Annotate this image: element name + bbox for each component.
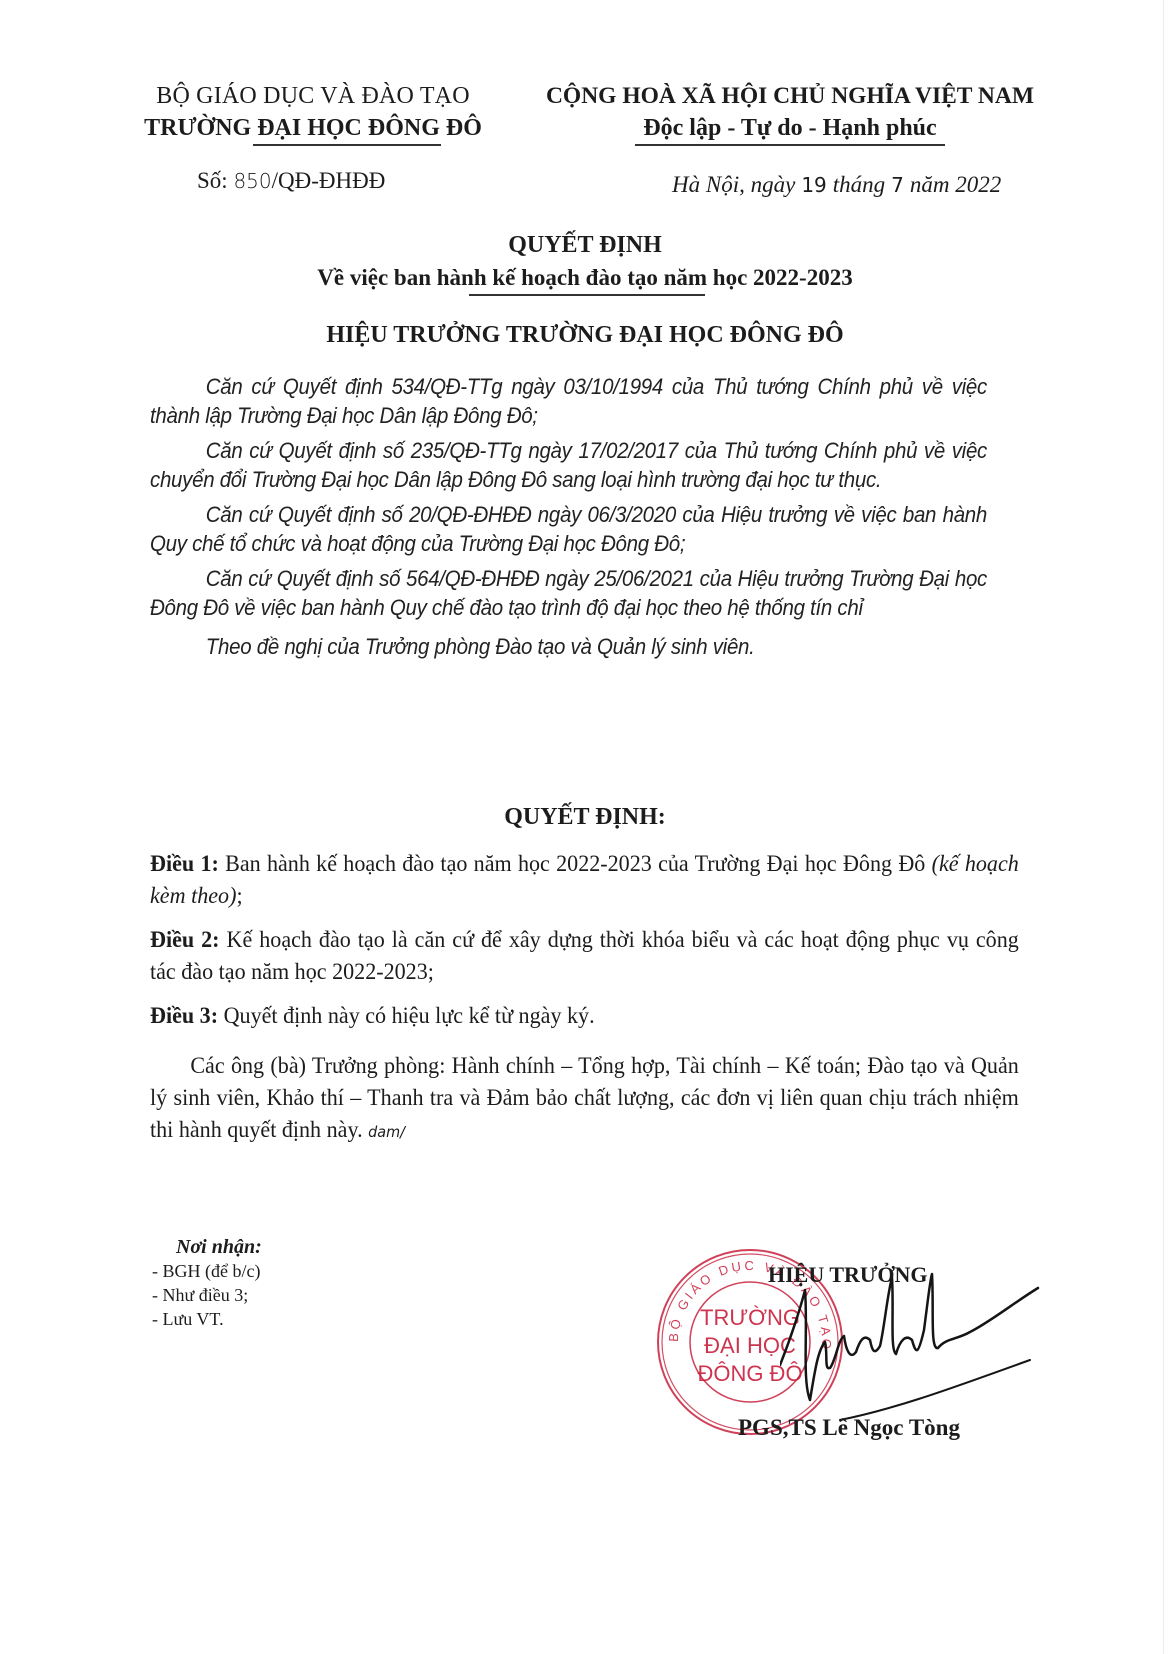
- date-year: năm 2022: [910, 172, 1001, 197]
- article-1: Điều 1: Ban hành kế hoạch đào tạo năm họ…: [150, 848, 1019, 912]
- recipient-item: - BGH (để b/c): [152, 1259, 262, 1283]
- article-3-label: Điều 3:: [150, 1003, 218, 1028]
- doc-number-prefix: Số:: [197, 168, 233, 193]
- article-2: Điều 2: Kế hoạch đào tạo là căn cứ để xâ…: [150, 924, 1019, 988]
- header-underline: [253, 144, 441, 146]
- article-1-text: Ban hành kế hoạch đào tạo năm học 2022-2…: [219, 851, 932, 876]
- article-1-tail: ;: [236, 883, 242, 908]
- document-subject: Về việc ban hành kế hoạch đào tạo năm họ…: [0, 262, 1170, 294]
- handwritten-initials: dam/: [368, 1123, 405, 1141]
- subject-underline: [469, 294, 705, 296]
- proposal-basis: Theo đề nghị của Trưởng phòng Đào tạo và…: [150, 632, 987, 661]
- date-day: 19: [801, 173, 826, 197]
- doc-number-handwritten: 850: [233, 169, 271, 193]
- legal-basis-2: Căn cứ Quyết định số 235/QĐ-TTg ngày 17/…: [150, 436, 987, 494]
- issuer-header: BỘ GIÁO DỤC VÀ ĐÀO TẠO TRƯỜNG ĐẠI HỌC ĐÔ…: [118, 80, 508, 146]
- responsibility-text: Các ông (bà) Trưởng phòng: Hành chính – …: [150, 1053, 1019, 1142]
- article-3: Điều 3: Quyết định này có hiệu lực kể từ…: [150, 1000, 1019, 1032]
- legal-basis-4: Căn cứ Quyết định số 564/QĐ-ĐHĐĐ ngày 25…: [150, 564, 987, 622]
- issue-date: Hà Nội, ngày19tháng7năm 2022: [672, 172, 1001, 198]
- decision-heading: QUYẾT ĐỊNH:: [0, 804, 1170, 831]
- document-number: Số: 850/QĐ-ĐHĐĐ: [197, 168, 385, 194]
- title-block: QUYẾT ĐỊNH Về việc ban hành kế hoạch đào…: [0, 228, 1170, 296]
- article-2-label: Điều 2:: [150, 927, 220, 952]
- article-1-label: Điều 1:: [150, 851, 219, 876]
- document-title: QUYẾT ĐỊNH: [0, 228, 1170, 262]
- school-name: TRƯỜNG ĐẠI HỌC ĐÔNG ĐÔ: [118, 112, 508, 144]
- signer-name: PGS,TS Lê Ngọc Tòng: [738, 1415, 960, 1441]
- date-month-label: tháng: [833, 172, 885, 197]
- article-3-text: Quyết định này có hiệu lực kể từ ngày ký…: [218, 1003, 595, 1028]
- responsibility-clause: Các ông (bà) Trưởng phòng: Hành chính – …: [150, 1050, 1019, 1148]
- document-page: BỘ GIÁO DỤC VÀ ĐÀO TẠO TRƯỜNG ĐẠI HỌC ĐÔ…: [0, 0, 1170, 1654]
- national-header: CỘNG HOÀ XÃ HỘI CHỦ NGHĨA VIỆT NAM Độc l…: [530, 80, 1050, 146]
- date-prefix: Hà Nội, ngày: [672, 172, 795, 197]
- ministry-name: BỘ GIÁO DỤC VÀ ĐÀO TẠO: [118, 80, 508, 112]
- republic-name: CỘNG HOÀ XÃ HỘI CHỦ NGHĨA VIỆT NAM: [530, 80, 1050, 112]
- national-motto: Độc lập - Tự do - Hạnh phúc: [643, 112, 936, 144]
- recipient-item: - Như điều 3;: [152, 1283, 262, 1307]
- legal-basis-list: Căn cứ Quyết định 534/QĐ-TTg ngày 03/10/…: [150, 372, 987, 661]
- article-2-text: Kế hoạch đào tạo là căn cứ để xây dựng t…: [150, 927, 1019, 984]
- date-month: 7: [891, 173, 904, 197]
- recipients-title: Nơi nhận:: [176, 1236, 262, 1259]
- motto-underline: [635, 144, 945, 146]
- doc-number-suffix: /QĐ-ĐHĐĐ: [272, 168, 386, 193]
- recipient-item: - Lưu VT.: [152, 1307, 262, 1331]
- recipients-block: Nơi nhận: - BGH (để b/c) - Như điều 3; -…: [152, 1236, 262, 1331]
- authority-heading: HIỆU TRƯỞNG TRƯỜNG ĐẠI HỌC ĐÔNG ĐÔ: [0, 322, 1170, 349]
- legal-basis-3: Căn cứ Quyết định số 20/QĐ-ĐHĐĐ ngày 06/…: [150, 500, 987, 558]
- legal-basis-1: Căn cứ Quyết định 534/QĐ-TTg ngày 03/10/…: [150, 372, 987, 430]
